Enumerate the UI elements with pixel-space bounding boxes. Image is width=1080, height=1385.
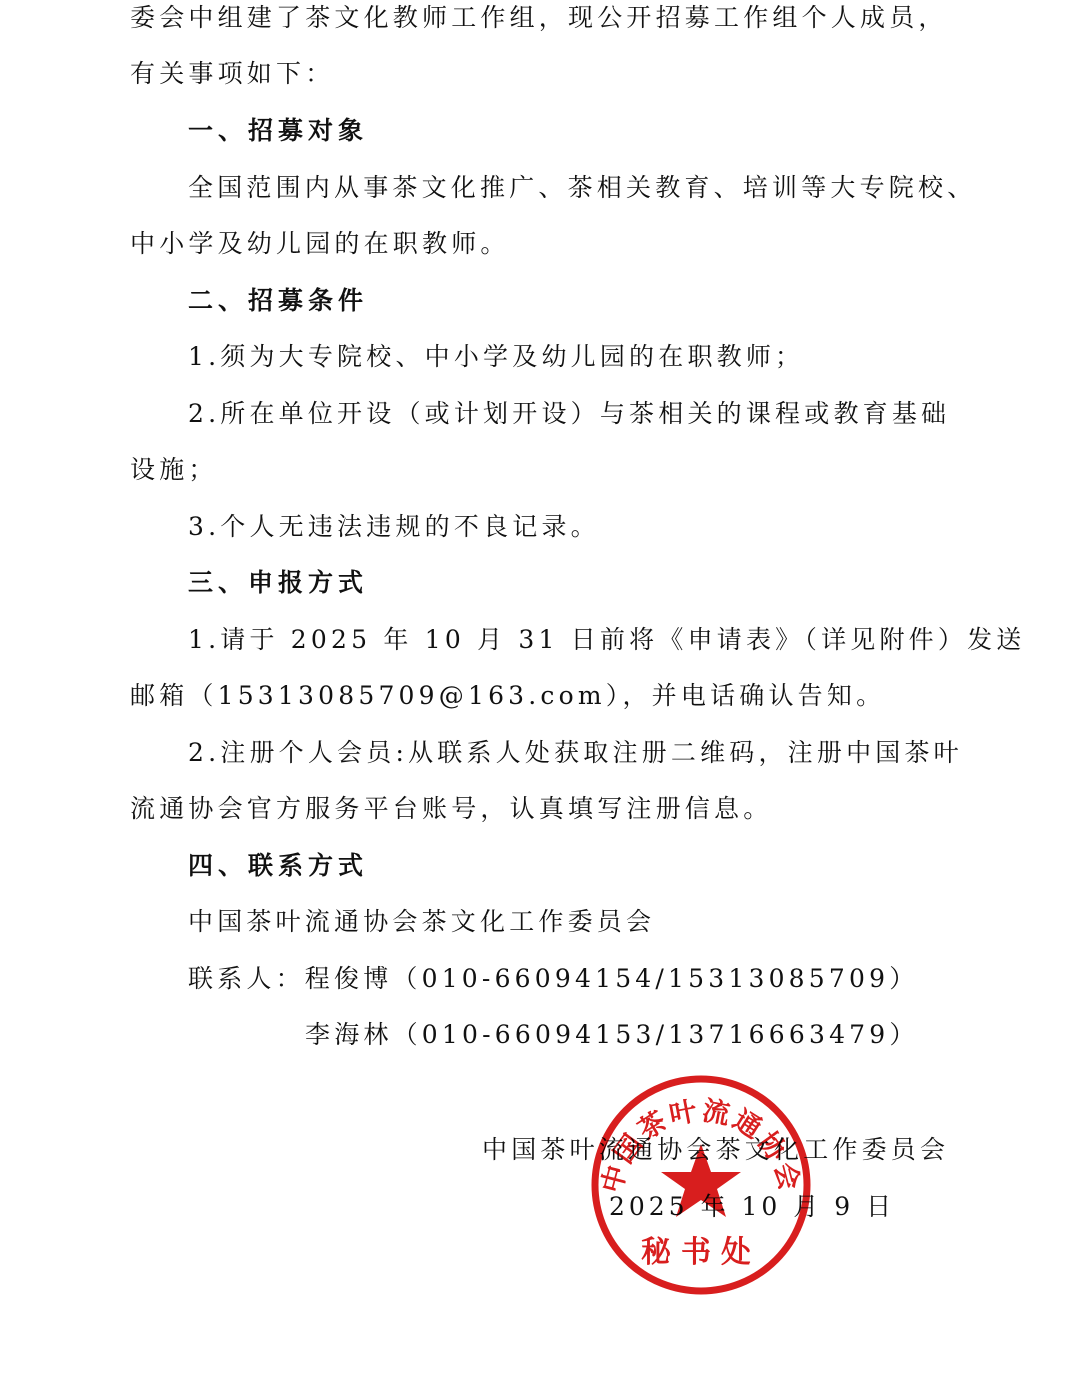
paragraph-target-line-1: 全国范围内从事茶文化推广、茶相关教育、培训等大专院校、 [188, 168, 976, 208]
condition-item-3: 3.个人无违法违规的不良记录。 [188, 507, 600, 547]
section-heading-contact: 四、联系方式 [188, 846, 368, 886]
section-heading-application-method: 三、申报方式 [188, 563, 368, 603]
intro-line-1: 委会中组建了茶文化教师工作组，现公开招募工作组个人成员， [130, 0, 948, 38]
paragraph-target-line-2: 中小学及幼儿园的在职教师。 [130, 224, 510, 264]
signature-date: 2025 年 10 月 9 日 [609, 1187, 895, 1227]
contact-person-1: 联系人：程俊博（010-66094154/15313085709） [188, 959, 918, 999]
section-heading-recruitment-target: 一、招募对象 [188, 111, 368, 151]
signature-organization: 中国茶叶流通协会茶文化工作委员会 [482, 1130, 949, 1170]
official-seal: 中国茶叶流通协会 秘书处 [588, 1072, 814, 1298]
application-step-2-cont: 流通协会官方服务平台账号，认真填写注册信息。 [130, 789, 772, 829]
application-step-1-cont: 邮箱（15313085709@163.com），并电话确认告知。 [130, 676, 885, 716]
condition-item-2: 2.所在单位开设（或计划开设）与茶相关的课程或教育基础 [188, 394, 950, 434]
intro-line-2: 有关事项如下： [130, 54, 334, 94]
application-step-1: 1.请于 2025 年 10 月 31 日前将《申请表》（详见附件）发送 [188, 620, 1025, 660]
seal-bottom-text: 秘书处 [641, 1235, 761, 1270]
condition-item-1: 1.须为大专院校、中小学及幼儿园的在职教师； [188, 337, 804, 377]
seal-ring [595, 1079, 807, 1291]
application-step-2: 2.注册个人会员:从联系人处获取注册二维码，注册中国茶叶 [188, 733, 963, 773]
contact-person-2: 李海林（010-66094153/13716663479） [305, 1015, 919, 1055]
condition-item-2-cont: 设施； [130, 450, 218, 490]
contact-organization: 中国茶叶流通协会茶文化工作委员会 [188, 902, 655, 942]
section-heading-recruitment-conditions: 二、招募条件 [188, 281, 368, 321]
